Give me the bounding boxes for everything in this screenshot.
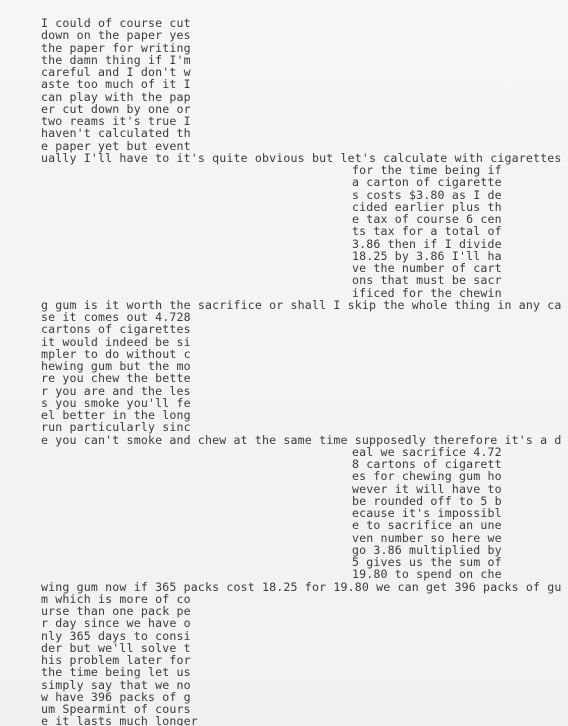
text-line-right: ons that must be sacr (352, 274, 502, 286)
text-line-left: can play with the pap (41, 91, 191, 103)
typewritten-page: I could of course cutdown on the paper y… (0, 0, 568, 726)
text-line-right: s costs $3.80 as I de (352, 189, 502, 201)
text-line-left: haven't calculated th (41, 127, 191, 139)
text-line-left: run particularly sinc (41, 421, 191, 433)
text-line-left: the paper for writing (41, 42, 191, 54)
text-line-left: r day since we have o (41, 617, 191, 629)
text-line-right: es for chewing gum ho (352, 470, 502, 482)
text-line-left: down on the paper yes (41, 29, 191, 41)
text-line-right: 19.80 to spend on che (352, 568, 502, 580)
text-line-left: re you chew the bette (41, 372, 191, 384)
text-line-right: e to sacrifice an une (352, 519, 502, 531)
text-line-left: nly 365 days to consi (41, 630, 191, 642)
text-line-full: wing gum now if 365 packs cost 18.25 for… (41, 581, 562, 593)
text-line-left: the time being let us (41, 666, 191, 678)
text-line-left: e paper yet but event (41, 140, 191, 152)
text-line-left: e it lasts much longer (41, 715, 198, 726)
text-line-right: ven number so here we (352, 532, 502, 544)
text-line-left: r you are and the les (41, 385, 191, 397)
text-line-left: simply say that we no (41, 679, 191, 691)
text-line-right: a carton of cigarette (352, 176, 502, 188)
text-line-right: ificed for the chewin (352, 287, 502, 299)
text-line-left: aste too much of it I (41, 78, 191, 90)
text-line-right: ts tax for a total of (352, 225, 502, 237)
text-line-left: cartons of cigarettes (41, 323, 191, 335)
text-line-full: e you can't smoke and chew at the same t… (41, 434, 562, 446)
text-line-right: 3.86 then if I divide (352, 238, 502, 250)
text-line-left: it would indeed be si (41, 336, 191, 348)
text-line-right: wever it will have to (352, 483, 502, 495)
